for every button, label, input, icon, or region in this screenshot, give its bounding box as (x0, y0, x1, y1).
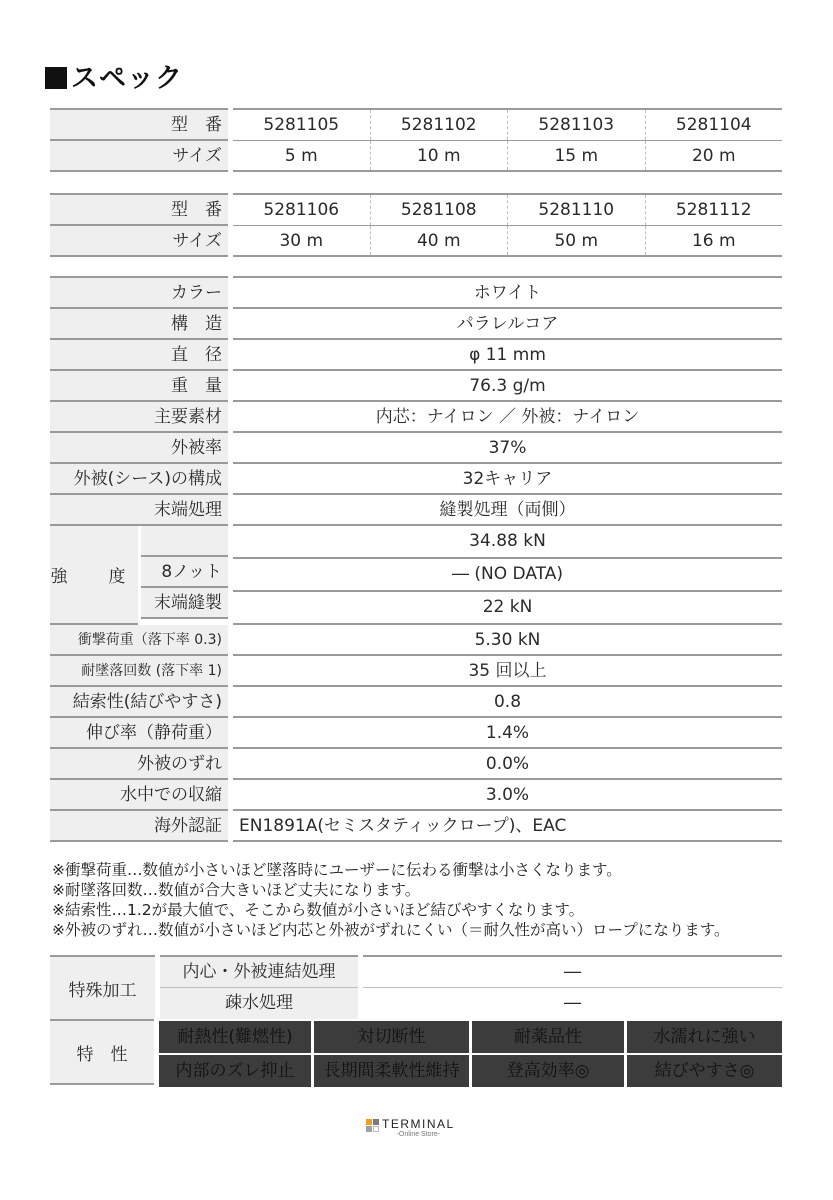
spec-value: 5.30 kN (233, 625, 782, 656)
spec-value: 35 回以上 (233, 656, 782, 687)
size-value: 5 m (233, 141, 370, 170)
strength-label: 強 度 (50, 526, 138, 625)
special-processing-name: 疎水処理 (160, 987, 358, 1019)
strength-sub-label (141, 526, 228, 557)
size-value: 50 m (507, 226, 645, 255)
spec-label: 伸び率（静荷重） (50, 718, 228, 749)
spec-label: 耐墜落回数 (落下率 1) (50, 656, 228, 687)
spec-row-diameter: 直 径 φ 11 mm (50, 340, 782, 371)
feature-chip: 対切断性 (314, 1021, 469, 1053)
size-value: 10 m (370, 141, 508, 170)
spec-label: 末端処理 (50, 495, 228, 526)
special-processing-item: 内心・外被連結処理 ― (160, 955, 782, 987)
spec-row-knotability: 結索性(結びやすさ) 0.8 (50, 687, 782, 718)
model-number: 5281103 (507, 110, 645, 140)
spec-label: カラー (50, 278, 228, 309)
spec-value: 内芯：ナイロン ／ 外被：ナイロン (233, 402, 782, 433)
feature-chip: 結びやすさ◎ (627, 1055, 782, 1087)
size-value: 30 m (233, 226, 370, 255)
model-row: 型 番 5281106 5281108 5281110 5281112 (50, 195, 782, 226)
size-value: 20 m (645, 141, 783, 170)
page-title-text: スペック (71, 63, 183, 94)
terminal-logo: TERMINAL -Online Store- (366, 1118, 455, 1139)
model-number: 5281108 (370, 195, 508, 225)
spec-row-impact-force: 衝撃荷重（落下率 0.3) 5.30 kN (50, 625, 782, 656)
feature-chip: 長期間柔軟性維持 (314, 1055, 469, 1087)
spec-table: カラー ホワイト 構 造 パラレルコア 直 径 φ 11 mm 重 量 76.3… (50, 276, 782, 842)
spec-label: 直 径 (50, 340, 228, 371)
spec-row-sheath-slippage: 外被のずれ 0.0% (50, 749, 782, 780)
spec-label: 結索性(結びやすさ) (50, 687, 228, 718)
strength-group: 強 度 8ノット 末端縫製 34.88 kN ― (NO DATA) 22 kN (50, 526, 782, 625)
special-processing-value: ― (363, 987, 782, 1019)
spec-row-color: カラー ホワイト (50, 278, 782, 309)
model-number: 5281112 (645, 195, 783, 225)
model-label: 型 番 (50, 195, 228, 226)
model-number: 5281110 (507, 195, 645, 225)
spec-row-weight: 重 量 76.3 g/m (50, 371, 782, 402)
size-label: サイズ (50, 141, 228, 172)
spec-value: 32キャリア (233, 464, 782, 495)
model-label: 型 番 (50, 110, 228, 141)
model-row: 型 番 5281105 5281102 5281103 5281104 (50, 110, 782, 141)
spec-label: 水中での収縮 (50, 780, 228, 811)
special-processing: 特殊加工 内心・外被連結処理 ― 疎水処理 ― (50, 955, 782, 1019)
spec-row-elongation: 伸び率（静荷重） 1.4% (50, 718, 782, 749)
size-value: 40 m (370, 226, 508, 255)
spec-value: 76.3 g/m (233, 371, 782, 402)
spec-value: 1.4% (233, 718, 782, 749)
spec-label: 主要素材 (50, 402, 228, 433)
special-processing-value: ― (363, 955, 782, 987)
spec-value: ホワイト (233, 278, 782, 309)
spec-label: 重 量 (50, 371, 228, 402)
square-bullet-icon (45, 67, 67, 89)
strength-sub-label: 8ノット (141, 557, 228, 588)
spec-value: 37% (233, 433, 782, 464)
spec-value: 3.0% (233, 780, 782, 811)
logo-mark-icon (366, 1119, 379, 1132)
spec-value: EN1891A(セミスタティックロープ)、EAC (233, 811, 782, 842)
special-processing-item: 疎水処理 ― (160, 987, 782, 1019)
feature-chip: 耐薬品性 (472, 1021, 624, 1053)
size-value: 15 m (507, 141, 645, 170)
models-table-1: 型 番 5281105 5281102 5281103 5281104 サイズ … (50, 108, 782, 172)
size-label: サイズ (50, 226, 228, 257)
spec-row-fall-count: 耐墜落回数 (落下率 1) 35 回以上 (50, 656, 782, 687)
spec-row-certification: 海外認証 EN1891A(セミスタティックロープ)、EAC (50, 811, 782, 842)
footnotes: ※衝撃荷重…数値が小さいほど墜落時にユーザーに伝わる衝撃は小さくなります。 ※耐… (52, 860, 729, 940)
spec-row-shrinkage: 水中での収縮 3.0% (50, 780, 782, 811)
feature-chip: 内部のズレ抑止 (159, 1055, 311, 1087)
footnote: ※衝撃荷重…数値が小さいほど墜落時にユーザーに伝わる衝撃は小さくなります。 (52, 860, 729, 880)
size-row: サイズ 30 m 40 m 50 m 16 m (50, 226, 782, 257)
spec-value: φ 11 mm (233, 340, 782, 371)
spec-row-sheath-structure: 外被(シース)の構成 32キャリア (50, 464, 782, 495)
footnote: ※耐墜落回数…数値が合大きいほど丈夫になります。 (52, 880, 729, 900)
spec-value: 0.8 (233, 687, 782, 718)
feature-chip: 水濡れに強い (627, 1021, 782, 1053)
footnote: ※結索性…1.2が最大値で、そこから数値が小さいほど結びやすくなります。 (52, 900, 729, 920)
features-label: 特 性 (50, 1019, 154, 1085)
spec-row-material: 主要素材 内芯：ナイロン ／ 外被：ナイロン (50, 402, 782, 433)
spec-label: 外被のずれ (50, 749, 228, 780)
strength-value: 34.88 kN (233, 526, 782, 559)
feature-chip: 登高効率◎ (472, 1055, 624, 1087)
strength-sub-label: 末端縫製 (141, 588, 228, 619)
strength-value: ― (NO DATA) (233, 559, 782, 592)
spec-row-termination: 末端処理 縫製処理（両側） (50, 495, 782, 526)
spec-label: 構 造 (50, 309, 228, 340)
special-table: 特殊加工 内心・外被連結処理 ― 疎水処理 ― 特 性 耐熱性(難燃性) 対切断… (50, 955, 782, 1087)
size-value: 16 m (645, 226, 783, 255)
brand-name: TERMINAL (382, 1118, 455, 1130)
model-number: 5281106 (233, 195, 370, 225)
spec-label: 衝撃荷重（落下率 0.3) (50, 625, 228, 656)
strength-value: 22 kN (233, 592, 782, 625)
spec-label: 外被率 (50, 433, 228, 464)
spec-value: パラレルコア (233, 309, 782, 340)
spec-row-sheath-ratio: 外被率 37% (50, 433, 782, 464)
models-table-2: 型 番 5281106 5281108 5281110 5281112 サイズ … (50, 193, 782, 257)
special-processing-label: 特殊加工 (50, 955, 155, 1019)
model-number: 5281104 (645, 110, 783, 140)
spec-label: 外被(シース)の構成 (50, 464, 228, 495)
model-number: 5281102 (370, 110, 508, 140)
footnote: ※外被のずれ…数値が小さいほど内芯と外被がずれにくい（＝耐久性が高い）ロープにな… (52, 920, 729, 940)
special-processing-name: 内心・外被連結処理 (160, 955, 358, 987)
features: 特 性 耐熱性(難燃性) 対切断性 耐薬品性 水濡れに強い 内部のズレ抑止 長期… (50, 1019, 782, 1087)
feature-chip: 耐熱性(難燃性) (159, 1021, 311, 1053)
page-title: スペック (45, 56, 183, 95)
size-row: サイズ 5 m 10 m 15 m 20 m (50, 141, 782, 172)
brand-tagline: -Online Store- (397, 1130, 441, 1139)
model-number: 5281105 (233, 110, 370, 140)
spec-value: 0.0% (233, 749, 782, 780)
spec-label: 海外認証 (50, 811, 228, 842)
spec-row-structure: 構 造 パラレルコア (50, 309, 782, 340)
spec-value: 縫製処理（両側） (233, 495, 782, 526)
